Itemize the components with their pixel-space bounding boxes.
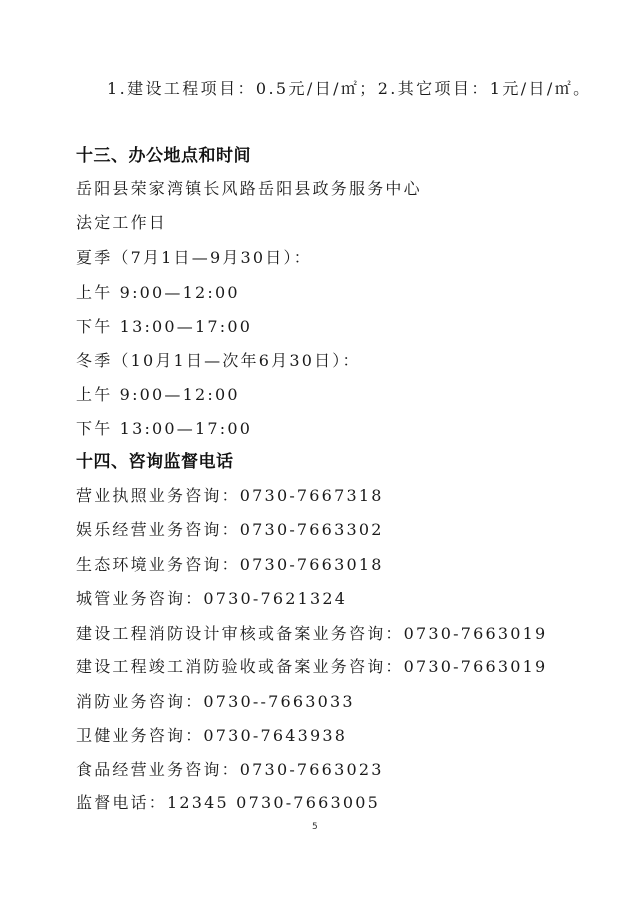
contact-line-fire-design-review: 建设工程消防设计审核或备案业务咨询：0730-7663019 xyxy=(76,624,547,644)
contact-line-health: 卫健业务咨询：0730-7643938 xyxy=(76,726,347,746)
section-14-heading: 十四、咨询监督电话 xyxy=(76,451,234,473)
working-days-label: 法定工作日 xyxy=(76,213,167,233)
fee-standard-line: 1.建设工程项目：0.5元/日/㎡；2.其它项目：1元/日/㎡。 xyxy=(107,79,592,99)
contact-line-supervision: 监督电话：12345 0730-7663005 xyxy=(76,793,380,813)
contact-line-entertainment: 娱乐经营业务咨询：0730-7663302 xyxy=(76,520,384,540)
summer-season-label: 夏季（7月1日—9月30日）： xyxy=(76,248,312,268)
contact-line-business-license: 营业执照业务咨询：0730-7667318 xyxy=(76,486,384,506)
winter-season-label: 冬季（10月1日—次年6月30日）： xyxy=(76,351,361,371)
contact-line-ecology: 生态环境业务咨询：0730-7663018 xyxy=(76,555,384,575)
page-number: 5 xyxy=(312,822,318,832)
winter-afternoon-hours: 下午 13:00—17:00 xyxy=(76,419,252,439)
document-page: 1.建设工程项目：0.5元/日/㎡；2.其它项目：1元/日/㎡。 十三、办公地点… xyxy=(0,0,634,898)
contact-line-fire-services: 消防业务咨询：0730--7663033 xyxy=(76,692,355,712)
summer-morning-hours: 上午 9:00—12:00 xyxy=(76,283,240,303)
winter-morning-hours: 上午 9:00—12:00 xyxy=(76,385,240,405)
section-13-heading: 十三、办公地点和时间 xyxy=(76,145,251,167)
summer-afternoon-hours: 下午 13:00—17:00 xyxy=(76,317,252,337)
contact-line-fire-acceptance: 建设工程竣工消防验收或备案业务咨询：0730-7663019 xyxy=(76,657,547,677)
office-address: 岳阳县荣家湾镇长风路岳阳县政务服务中心 xyxy=(76,179,422,199)
contact-line-urban-management: 城管业务咨询：0730-7621324 xyxy=(76,589,347,609)
contact-line-food-business: 食品经营业务咨询：0730-7663023 xyxy=(76,760,384,780)
